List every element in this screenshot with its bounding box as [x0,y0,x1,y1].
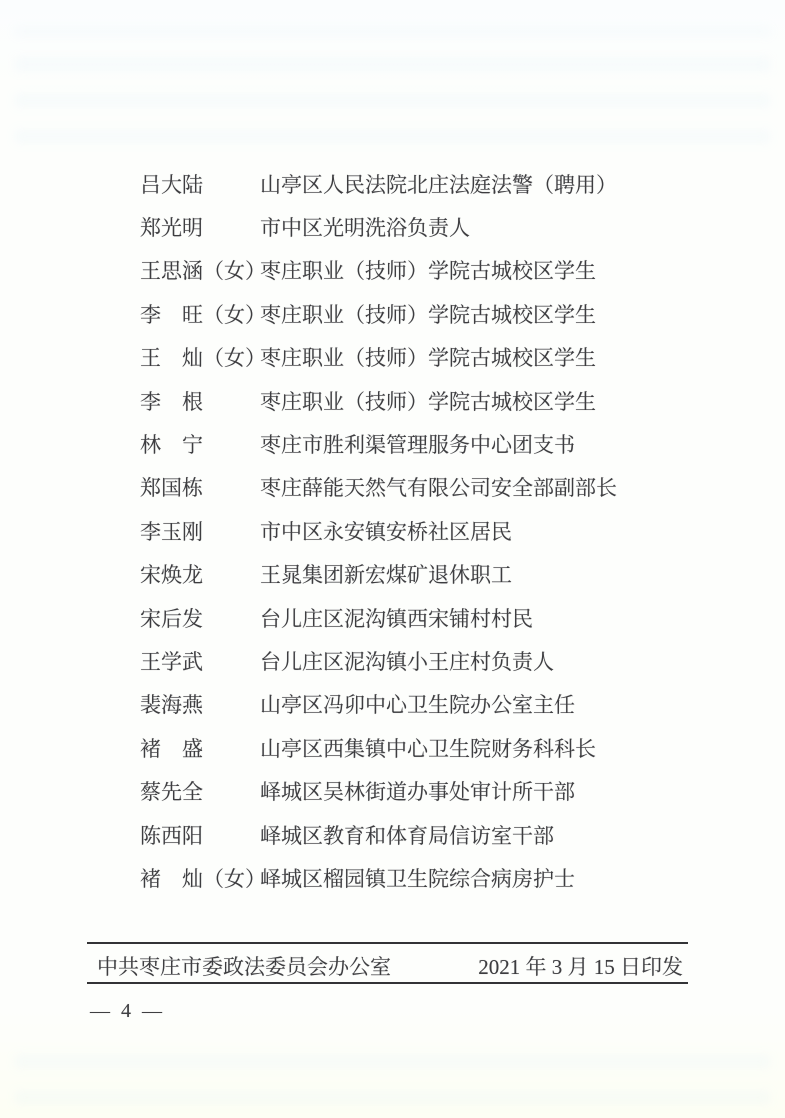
honoree-name: 褚 盛 [140,733,260,763]
honoree-name: 李 根 [140,386,260,416]
name-text: 蔡先全 [140,780,203,804]
gender-note: （女） [203,259,266,283]
honoree-name: 裴海燕 [140,689,260,719]
list-item: 褚 灿（女） 峄城区榴园镇卫生院综合病房护士 [140,856,740,899]
honoree-position: 山亭区人民法院北庄法庭法警（聘用） [260,169,617,199]
honoree-position: 枣庄薛能天然气有限公司安全部副部长 [260,472,617,502]
footer: 中共枣庄市委政法委员会办公室 2021 年 3 月 15 日印发 [97,951,683,981]
name-text: 李 根 [140,390,203,414]
honoree-position: 市中区永安镇安桥社区居民 [260,516,512,546]
list-item: 李 旺（女） 枣庄职业（技师）学院古城校区学生 [140,292,740,335]
name-text: 褚 灿 [140,867,203,891]
name-text: 陈西阳 [140,824,203,848]
list-item: 郑国栋 枣庄薛能天然气有限公司安全部副部长 [140,466,740,509]
honoree-position: 台儿庄区泥沟镇小王庄村负责人 [260,646,554,676]
name-text: 李玉刚 [140,520,203,544]
honoree-list: 吕大陆 山亭区人民法院北庄法庭法警（聘用） 郑光明 市中区光明洗浴负责人 王思涵… [140,162,740,900]
name-text: 郑国栋 [140,476,203,500]
list-item: 王学武 台儿庄区泥沟镇小王庄村负责人 [140,639,740,682]
honoree-name: 王学武 [140,646,260,676]
list-item: 蔡先全 峄城区吴林街道办事处审计所干部 [140,769,740,812]
honoree-position: 市中区光明洗浴负责人 [260,212,470,242]
honoree-position: 山亭区西集镇中心卫生院财务科科长 [260,733,596,763]
list-item: 宋焕龙 王晁集团新宏煤矿退休职工 [140,553,740,596]
name-text: 王学武 [140,650,203,674]
name-text: 吕大陆 [140,173,203,197]
honoree-name: 陈西阳 [140,820,260,850]
honoree-name: 郑国栋 [140,472,260,502]
list-item: 宋后发 台儿庄区泥沟镇西宋铺村村民 [140,596,740,639]
name-text: 王 灿 [140,346,203,370]
honoree-position: 枣庄职业（技师）学院古城校区学生 [260,255,596,285]
name-text: 褚 盛 [140,737,203,761]
honoree-position: 王晁集团新宏煤矿退休职工 [260,559,512,589]
list-item: 陈西阳 峄城区教育和体育局信访室干部 [140,813,740,856]
honoree-name: 李 旺（女） [140,299,260,329]
honoree-name: 王思涵（女） [140,255,260,285]
honoree-name: 宋后发 [140,603,260,633]
name-text: 郑光明 [140,216,203,240]
gender-note: （女） [203,346,266,370]
scan-bleedthrough-top [15,28,770,143]
gender-note: （女） [203,867,266,891]
honoree-position: 台儿庄区泥沟镇西宋铺村村民 [260,603,533,633]
list-item: 褚 盛 山亭区西集镇中心卫生院财务科科长 [140,726,740,769]
footer-rule-top [87,942,688,944]
gender-note: （女） [203,303,266,327]
honoree-position: 枣庄职业（技师）学院古城校区学生 [260,386,596,416]
honoree-name: 郑光明 [140,212,260,242]
name-text: 裴海燕 [140,693,203,717]
list-item: 裴海燕 山亭区冯卯中心卫生院办公室主任 [140,683,740,726]
honoree-position: 峄城区吴林街道办事处审计所干部 [260,776,575,806]
honoree-name: 宋焕龙 [140,559,260,589]
honoree-name: 蔡先全 [140,776,260,806]
list-item: 林 宁 枣庄市胜利渠管理服务中心团支书 [140,422,740,465]
honoree-position: 枣庄职业（技师）学院古城校区学生 [260,299,596,329]
scan-bleedthrough-bottom [15,1032,770,1104]
issuing-office: 中共枣庄市委政法委员会办公室 [97,951,391,981]
honoree-name: 李玉刚 [140,516,260,546]
list-item: 王 灿（女） 枣庄职业（技师）学院古城校区学生 [140,336,740,379]
list-item: 吕大陆 山亭区人民法院北庄法庭法警（聘用） [140,162,740,205]
name-text: 李 旺 [140,303,203,327]
honoree-position: 枣庄市胜利渠管理服务中心团支书 [260,429,575,459]
name-text: 宋后发 [140,607,203,631]
honoree-position: 山亭区冯卯中心卫生院办公室主任 [260,689,575,719]
honoree-name: 褚 灿（女） [140,863,260,893]
footer-rule-bottom [87,982,688,984]
name-text: 林 宁 [140,433,203,457]
page-number: — 4 — [90,1000,165,1023]
honoree-position: 峄城区榴园镇卫生院综合病房护士 [260,863,575,893]
name-text: 王思涵 [140,259,203,283]
honoree-position: 枣庄职业（技师）学院古城校区学生 [260,342,596,372]
list-item: 李玉刚 市中区永安镇安桥社区居民 [140,509,740,552]
honoree-name: 王 灿（女） [140,342,260,372]
list-item: 李 根 枣庄职业（技师）学院古城校区学生 [140,379,740,422]
name-text: 宋焕龙 [140,563,203,587]
honoree-name: 林 宁 [140,429,260,459]
honoree-name: 吕大陆 [140,169,260,199]
document-page: 吕大陆 山亭区人民法院北庄法庭法警（聘用） 郑光明 市中区光明洗浴负责人 王思涵… [0,0,785,1118]
print-date: 2021 年 3 月 15 日印发 [478,951,683,981]
list-item: 郑光明 市中区光明洗浴负责人 [140,205,740,248]
list-item: 王思涵（女） 枣庄职业（技师）学院古城校区学生 [140,249,740,292]
honoree-position: 峄城区教育和体育局信访室干部 [260,820,554,850]
